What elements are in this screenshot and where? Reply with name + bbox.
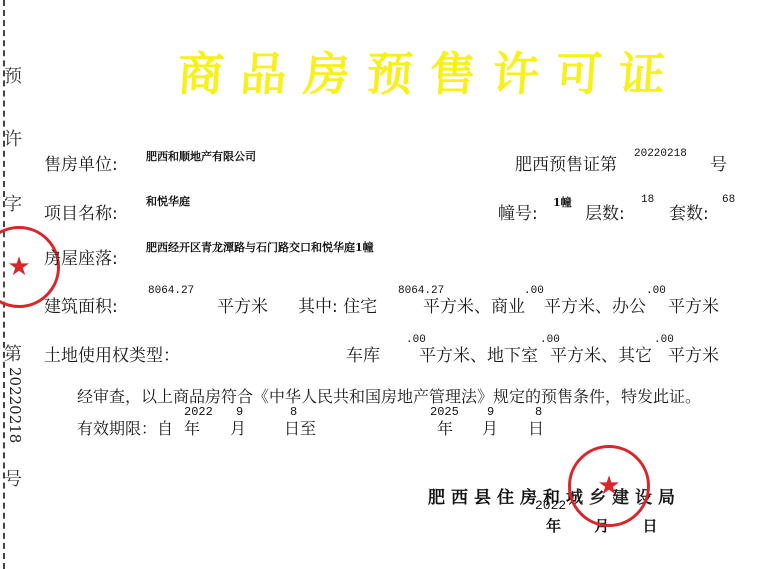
floors-value: 18 — [641, 194, 654, 206]
location-label: 房屋座落: — [44, 244, 118, 269]
commercial-unit: 平方米、办公 — [544, 292, 646, 317]
location-value: 肥西经开区青龙潭路与石门路交口和悦华庭1幢 — [146, 239, 374, 255]
units-label: 套数: — [669, 199, 709, 224]
month-char-end: 月 — [482, 416, 498, 439]
star-icon: ★ — [7, 252, 30, 282]
side-strip-char: 号 — [4, 465, 22, 491]
month-char: 月 — [230, 416, 246, 439]
garage-unit: 平方米、地下室 — [419, 341, 538, 366]
project-value: 和悦华庭 — [146, 193, 190, 209]
floors-label: 层数: — [585, 199, 625, 224]
side-strip-char: 字 — [4, 190, 22, 216]
units-value: 68 — [722, 194, 735, 206]
area-unit: 平方米 — [217, 292, 268, 317]
side-strip-char: 第 — [4, 340, 22, 366]
residential-unit: 平方米、商业 — [423, 292, 525, 317]
garage-label: 车库 — [346, 341, 380, 366]
cert-prefix: 肥西预售证第 — [515, 150, 617, 175]
area-label: 建筑面积: — [44, 292, 118, 317]
validity-label: 有效期限：自 — [77, 416, 173, 439]
side-strip-number: 20220218 — [6, 367, 24, 443]
approval-statement: 经审查，以上商品房符合《中华人民共和国房地产管理法》规定的预售条件，特发此证。 — [77, 384, 701, 407]
other-unit: 平方米 — [668, 341, 719, 366]
page-title: 商品房预售许可证 — [176, 38, 685, 104]
cert-number: 20220218 — [634, 148, 687, 160]
project-label: 项目名称: — [44, 199, 118, 224]
office-value: .00 — [646, 285, 666, 297]
year-char-end: 年 — [437, 416, 453, 439]
area-value: 8064.27 — [148, 285, 194, 297]
building-value: 1幢 — [553, 194, 572, 210]
day-char-end: 日 — [528, 416, 544, 439]
year-char: 年 — [184, 416, 200, 439]
side-strip-char: 预 — [4, 62, 22, 88]
basement-unit: 平方米、其它 — [550, 341, 652, 366]
seller-value: 肥西和顺地产有限公司 — [146, 148, 256, 164]
office-unit: 平方米 — [668, 292, 719, 317]
commercial-value: .00 — [524, 285, 544, 297]
cert-suffix: 号 — [710, 150, 727, 175]
side-strip-char: 许 — [4, 125, 22, 151]
issue-year: 2022 — [535, 498, 566, 513]
official-seal-right: ★ — [568, 445, 650, 527]
day-to-char: 日至 — [284, 416, 316, 439]
land-use-label: 土地使用权类型： — [44, 341, 180, 366]
of-which-label: 其中: 住宅 — [298, 292, 377, 317]
building-label: 幢号: — [498, 199, 538, 224]
star-icon: ★ — [597, 471, 620, 501]
seller-label: 售房单位: — [44, 150, 118, 175]
